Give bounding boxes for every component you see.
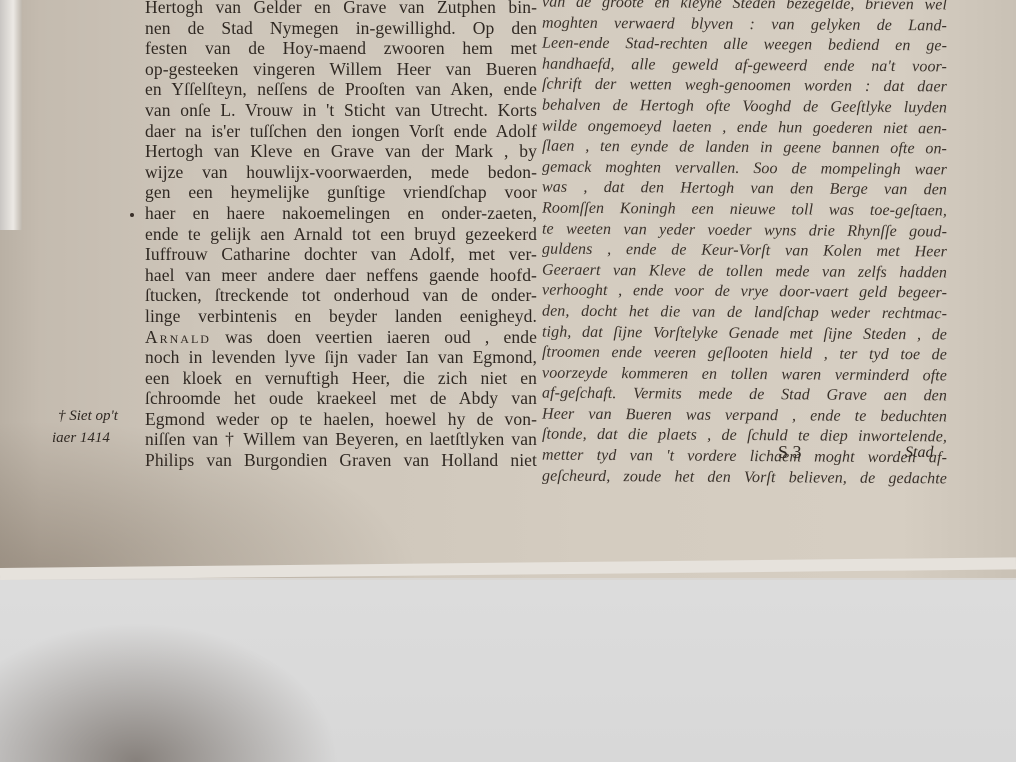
text-line: haer en haere nakoemelingen en onder-zae… [145, 203, 537, 224]
text-line: ende te gelijk aen Arnald tot een bruyd … [145, 224, 537, 245]
text-line: linge verbintenis en beyder landen eenig… [145, 306, 537, 327]
margin-note: † Siet op't [58, 408, 118, 425]
document-page: Hertogh van Gelder en Grave van Zutphen … [0, 0, 1016, 578]
margin-note-year: iaer 1414 [52, 430, 110, 447]
margin-dot [130, 213, 134, 217]
signature-mark: S 3 [778, 442, 802, 463]
text-line: wilde ongemoeyd laeten , ende hun goeder… [542, 116, 947, 139]
text-line: den, docht het die van de landſchap wede… [542, 301, 947, 324]
text-line: te weeten van yeder voeder wyns drie Rhy… [542, 219, 947, 242]
catchword: Stad [905, 444, 933, 462]
text-line: af-geſchaft. Vermits mede de Stad Grave … [542, 384, 947, 407]
text-line: verhooght , ende voor de vrye door-vaert… [542, 281, 947, 304]
text-line: Hertogh van Kleve en Grave van der Mark … [145, 141, 537, 162]
text-line: gen een heymelijke gunſtige vriendſchap … [145, 182, 537, 203]
text-line: Heer van Bueren was verpand , ende te be… [542, 404, 947, 427]
text-line: van onſe L. Vrouw in 't Sticht van Utrec… [145, 100, 537, 121]
text-line: guldens , ende de Keur-Vorſt van Kolen m… [542, 240, 947, 263]
text-line: moghten verwaerd blyven : van gelyken de… [542, 13, 947, 36]
text-line: Leen-ende Stad-rechten alle weegen bedie… [542, 34, 947, 57]
text-line: ſtucken, ſtreckende tot onderhoud van de… [145, 285, 537, 306]
smallcaps-name: Arnald [145, 327, 211, 347]
text-line: niſſen van † Willem van Beyeren, en laet… [145, 429, 537, 450]
text-line: een kloek en vernuftigh Heer, die zich n… [145, 368, 537, 389]
text-line: handhaefd, alle geweld af-geweerd ende n… [542, 54, 947, 77]
text-line: en Yſſelſteyn, neſſens de Prooſten van A… [145, 79, 537, 100]
text-line: behalven de Hertogh ofte Vooghd de Geeſt… [542, 96, 947, 119]
text-line: gemack moghten vervallen. Soo de mompeli… [542, 157, 947, 180]
text-line: daer na is'er tuſſchen den iongen Vorſt … [145, 121, 537, 142]
text-line: ſlaen , ten eynde de landen in geene ban… [542, 137, 947, 160]
page-edge [0, 0, 22, 230]
text-line: noch in levenden lyve ſijn vader Ian van… [145, 347, 537, 368]
text-line: Hertogh van Gelder en Grave van Zutphen … [145, 0, 537, 18]
text-line: metter tyd van 't vordere lichaem moght … [542, 446, 947, 469]
text-line: Egmond weder op te haelen, hoewel hy de … [145, 409, 537, 430]
text-line: geſcheurd, zoude het den Vorſt believen,… [542, 466, 947, 489]
text-line: hael van meer andere daer neffens gaende… [145, 265, 537, 286]
text-line: nen de Stad Nymegen in-gewillighd. Op de… [145, 18, 537, 39]
text-line: Roomſſen Koningh een nieuwe toll was toe… [542, 199, 947, 222]
text-line: was , dat den Hertogh van den Berge van … [542, 178, 947, 201]
text-line: Iuffrouw Catharine dochter van Adolf, me… [145, 244, 537, 265]
text-line: Arnald was doen veertien iaeren oud , en… [145, 327, 537, 348]
left-column: Hertogh van Gelder en Grave van Zutphen … [145, 0, 537, 471]
text-line: tigh, dat ſijne Vorſtelyke Genade met ſi… [542, 322, 947, 345]
text-line: ſtonde, dat die plaets , de ſchuld te di… [542, 425, 947, 448]
text-line: wijze van houwlijx-voorwaerden, mede bed… [145, 162, 537, 183]
mat-board [0, 580, 1016, 762]
text-line: Geeraert van Kleve de tollen mede van ze… [542, 260, 947, 283]
text-line: ſchroomde het oude kraekeel met de Abdy … [145, 388, 537, 409]
text-line: voorzeyde kommeren en tollen waren vermi… [542, 363, 947, 386]
text-line: festen van de Hoy-maend zwooren hem met [145, 38, 537, 59]
text-line: Philips van Burgondien Graven van Hollan… [145, 450, 537, 471]
right-column: van de groote en kleyne Steden bezegelde… [542, 0, 947, 490]
text-line: op-gesteeken vingeren Willem Heer van Bu… [145, 59, 537, 80]
text-line: ſchrift der wetten wegh-genoomen worden … [542, 75, 947, 98]
text-line: ſtroomen ende veeren geſlooten hield , t… [542, 343, 947, 366]
